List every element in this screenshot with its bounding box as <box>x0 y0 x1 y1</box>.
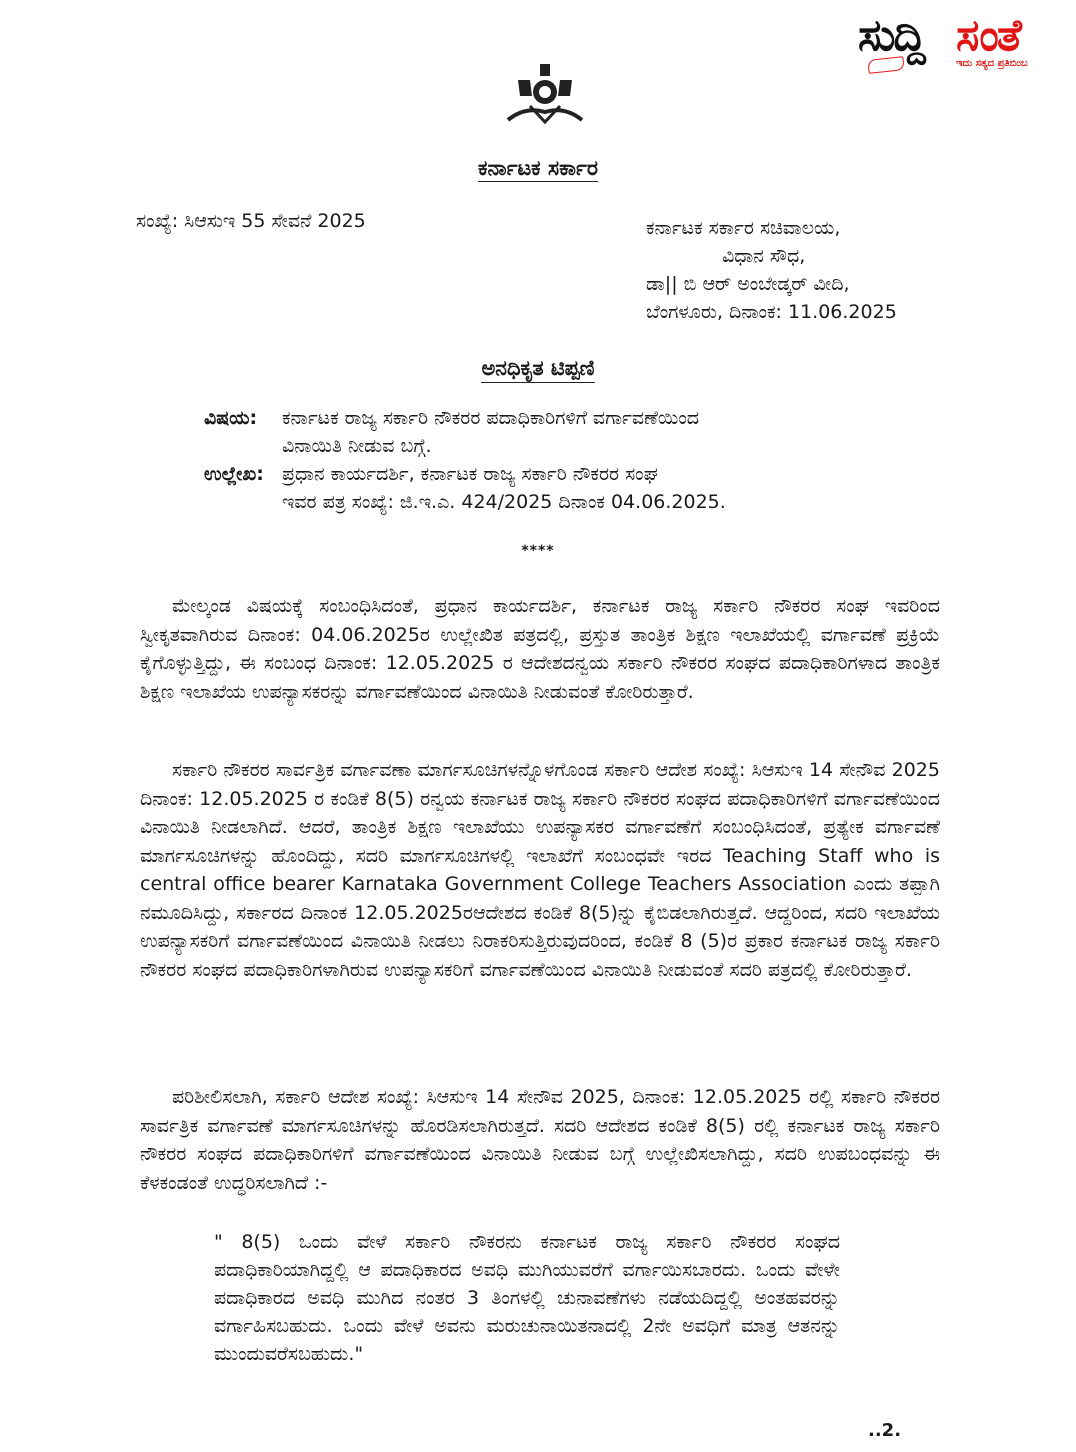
body-paragraph-3: ಪರಿಶೀಲಿಸಲಾಗಿ, ಸರ್ಕಾರಿ ಆದೇಶ ಸಂಖ್ಯೆ: ಸಿಆಸು… <box>140 1083 940 1197</box>
pen-icon <box>867 56 904 74</box>
subject-text-cont: ವಿನಾಯಿತಿ ನೀಡುವ ಬಗ್ಗೆ. <box>204 432 726 460</box>
reference-text: ಪ್ರಧಾನ ಕಾರ್ಯದರ್ಶಿ, ಕರ್ನಾಟಕ ರಾಜ್ಯ ಸರ್ಕಾರಿ… <box>282 460 658 488</box>
government-heading: ಕರ್ನಾಟಕ ಸರ್ಕಾರ <box>0 156 1076 181</box>
page-marker: ..2. <box>868 1420 901 1441</box>
address-date: ಬೆಂಗಳೂರು, ದಿನಾಂಕ: 11.06.2025 <box>646 298 897 326</box>
karnataka-emblem-icon <box>500 62 590 132</box>
separator: **** <box>0 543 1076 559</box>
reference-text-cont: ಇವರ ಪತ್ರ ಸಂಖ್ಯೆ: ಜಿ.ಇ.ಎ. 424/2025 ದಿನಾಂಕ… <box>204 488 726 516</box>
subject-label: ವಿಷಯ: <box>204 404 282 432</box>
reference-number: ಸಂಖ್ಯೆ: ಸಿಆಸುಇ 55 ಸೇವನೆ 2025 <box>136 210 366 232</box>
reference-label: ಉಲ್ಲೇಖ: <box>204 460 282 488</box>
body-paragraph-1: ಮೇಲ್ಕಂಡ ವಿಷಯಕ್ಕೆ ಸಂಬಂಧಿಸಿದಂತೆ, ಪ್ರಧಾನ ಕಾ… <box>140 592 940 706</box>
address-line: ಡಾ|| ಬಿ ಆರ್ ಅಂಬೇಡ್ಕರ್ ವೀದಿ, <box>646 270 897 298</box>
logo-word-1: ಸುದ್ದಿ <box>858 8 924 64</box>
sudhi-sante-logo: ಸುದ್ದಿ ಸಂತೆ ಇದು ಸತ್ಯದ ಪ್ರತಿಬಿಂಬ <box>858 8 1054 74</box>
subject-text: ಕರ್ನಾಟಕ ರಾಜ್ಯ ಸರ್ಕಾರಿ ನೌಕರರ ಪದಾಧಿಕಾರಿಗಳಿ… <box>282 404 699 432</box>
logo-tagline: ಇದು ಸತ್ಯದ ಪ್ರತಿಬಿಂಬ <box>956 58 1028 69</box>
subject-block: ವಿಷಯ: ಕರ್ನಾಟಕ ರಾಜ್ಯ ಸರ್ಕಾರಿ ನೌಕರರ ಪದಾಧಿಕ… <box>204 404 726 516</box>
logo-word-2: ಸಂತೆ <box>956 8 1020 64</box>
address-line: ಕರ್ನಾಟಕ ಸರ್ಕಾರ ಸಚಿವಾಲಯ, <box>646 214 897 242</box>
address-line: ವಿಧಾನ ಸೌಧ, <box>646 242 897 270</box>
document-title: ಅನಧಿಕೃತ ಟಿಪ್ಪಣಿ <box>0 356 1076 381</box>
office-address: ಕರ್ನಾಟಕ ಸರ್ಕಾರ ಸಚಿವಾಲಯ, ವಿಧಾನ ಸೌಧ, ಡಾ|| … <box>646 214 897 326</box>
body-paragraph-2: ಸರ್ಕಾರಿ ನೌಕರರ ಸಾರ್ವತ್ರಿಕ ವರ್ಗಾವಣಾ ಮಾರ್ಗಸ… <box>140 756 940 984</box>
quoted-clause: " 8(5) ಒಂದು ವೇಳೆ ಸರ್ಕಾರಿ ನೌಕರನು ಕರ್ನಾಟಕ … <box>214 1228 840 1368</box>
